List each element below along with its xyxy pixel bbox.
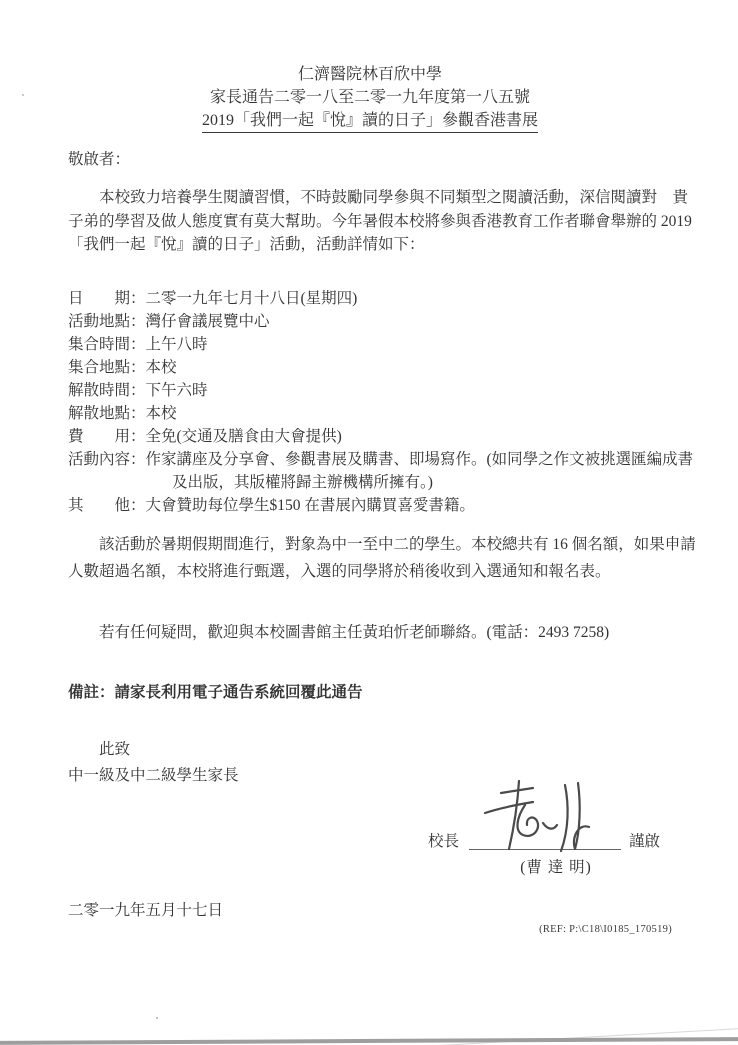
detail-row-dismissal-place: 解散地點：本校: [68, 402, 672, 425]
principal-signature-scribble: [481, 779, 599, 857]
issue-date: 二零一九年五月十七日: [68, 899, 672, 922]
detail-label: 集合地點：: [68, 359, 146, 376]
salutation: 敬啟者：: [68, 148, 672, 171]
detail-label: 活動地點：: [68, 313, 146, 330]
intro-line: 子弟的學習及做人態度實有莫大幫助。今年暑假本校將參與香港教育工作者聯會舉辦的 2…: [68, 210, 672, 234]
scan-speck: [22, 94, 24, 96]
reference-code: (REF: P:\C18\I0185_170519): [68, 923, 672, 937]
signature-block: 校長 謹啟 (曹: [428, 829, 672, 879]
intro-paragraph: 本校致力培養學生閱讀習慣，不時鼓勵同學參與不同類型之閱讀活動，深信閱讀對 貴 子…: [68, 186, 672, 257]
detail-row-activity-content: 活動內容：作家講座及分享會、參觀書展及購書、即場寫作。(如同學之作文被挑選匯編成…: [68, 448, 672, 471]
activity-details-list: 日 期：二零一九年七月十八日(星期四) 活動地點：灣仔會議展覽中心 集合時間：上…: [68, 287, 672, 517]
detail-value: 本校: [146, 359, 177, 376]
closing-cizhi: 此致: [68, 738, 672, 761]
detail-row-others: 其 他：大會贊助每位學生$150 在書展內購買喜愛書籍。: [68, 494, 672, 517]
detail-row-fee: 費 用：全免(交通及膳食由大會提供): [68, 425, 672, 448]
scanned-notice-page: 仁濟醫院林百欣中學 家長通告二零一八至二零一九年度第一八五號 2019「我們一起…: [0, 0, 738, 1045]
detail-label: 活動內容：: [68, 451, 146, 468]
quota-line: 人數超過名額，本校將進行甄選，入選的同學將於稍後收到入選通知和報名表。: [68, 558, 672, 585]
detail-value: 本校: [146, 405, 177, 422]
detail-row-dismissal-time: 解散時間：下午六時: [68, 379, 672, 402]
notice-subject-line: 2019「我們一起『悅』讀的日子」參觀香港書展: [68, 109, 672, 133]
quota-line: 該活動於暑期假期間進行，對象為中一至中二的學生。本校總共有 16 個名額，如果申…: [68, 531, 672, 558]
contact-paragraph: 若有任何疑問，歡迎與本校圖書館主任黃珀忻老師聯絡。(電話：2493 7258): [68, 621, 672, 645]
notice-title: 家長通告二零一八至二零一九年度第一八五號: [68, 86, 672, 109]
intro-line: 本校致力培養學生閱讀習慣，不時鼓勵同學參與不同類型之閱讀活動，深信閱讀對 貴: [68, 186, 672, 210]
detail-row-assembly-place: 集合地點：本校: [68, 356, 672, 379]
detail-label: 解散時間：: [68, 382, 146, 399]
scan-edge-bottom: [0, 1037, 738, 1044]
detail-value: 全免(交通及膳食由大會提供): [146, 428, 342, 445]
respectful-close: 謹啟: [629, 829, 660, 854]
detail-label: 其 他：: [68, 497, 146, 514]
notice-header: 仁濟醫院林百欣中學 家長通告二零一八至二零一九年度第一八五號 2019「我們一起…: [68, 0, 672, 133]
detail-value: 大會贊助每位學生$150 在書展內購買喜愛書籍。: [146, 497, 475, 514]
signature-row: 校長 謹啟: [428, 829, 672, 854]
detail-label: 集合時間：: [68, 336, 146, 353]
detail-label: 解散地點：: [68, 405, 146, 422]
signature-line: [469, 848, 621, 850]
detail-value: 二零一九年七月十八日(星期四): [146, 290, 358, 307]
intro-line: 「我們一起『悅』讀的日子」活動，活動詳情如下：: [68, 233, 672, 257]
remark-line: 備註：請家長利用電子通告系統回覆此通告: [68, 681, 672, 704]
detail-value: 作家講座及分享會、參觀書展及購書、即場寫作。(如同學之作文被挑選匯編成書: [146, 451, 694, 468]
principal-name: (曹 達 明): [480, 856, 632, 879]
scan-speck: [156, 1017, 158, 1019]
contact-line: 若有任何疑問，歡迎與本校圖書館主任黃珀忻老師聯絡。(電話：2493 7258): [68, 621, 672, 645]
notice-content: 仁濟醫院林百欣中學 家長通告二零一八至二零一九年度第一八五號 2019「我們一起…: [0, 0, 738, 937]
school-name: 仁濟醫院林百欣中學: [68, 63, 672, 86]
detail-row-venue: 活動地點：灣仔會議展覽中心: [68, 310, 672, 333]
detail-value: 上午八時: [146, 336, 208, 353]
detail-value: 灣仔會議展覽中心: [146, 313, 270, 330]
detail-value: 下午六時: [146, 382, 208, 399]
detail-activity-content-line2: 及出版，其版權將歸主辦機構所擁有。): [172, 471, 672, 494]
detail-label: 日 期：: [68, 290, 146, 307]
notice-subject: 2019「我們一起『悅』讀的日子」參觀香港書展: [202, 110, 538, 133]
detail-label: 費 用：: [68, 428, 146, 445]
detail-row-assembly-time: 集合時間：上午八時: [68, 333, 672, 356]
principal-label: 校長: [428, 829, 459, 854]
quota-paragraph: 該活動於暑期假期間進行，對象為中一至中二的學生。本校總共有 16 個名額，如果申…: [68, 531, 672, 585]
detail-row-date: 日 期：二零一九年七月十八日(星期四): [68, 287, 672, 310]
